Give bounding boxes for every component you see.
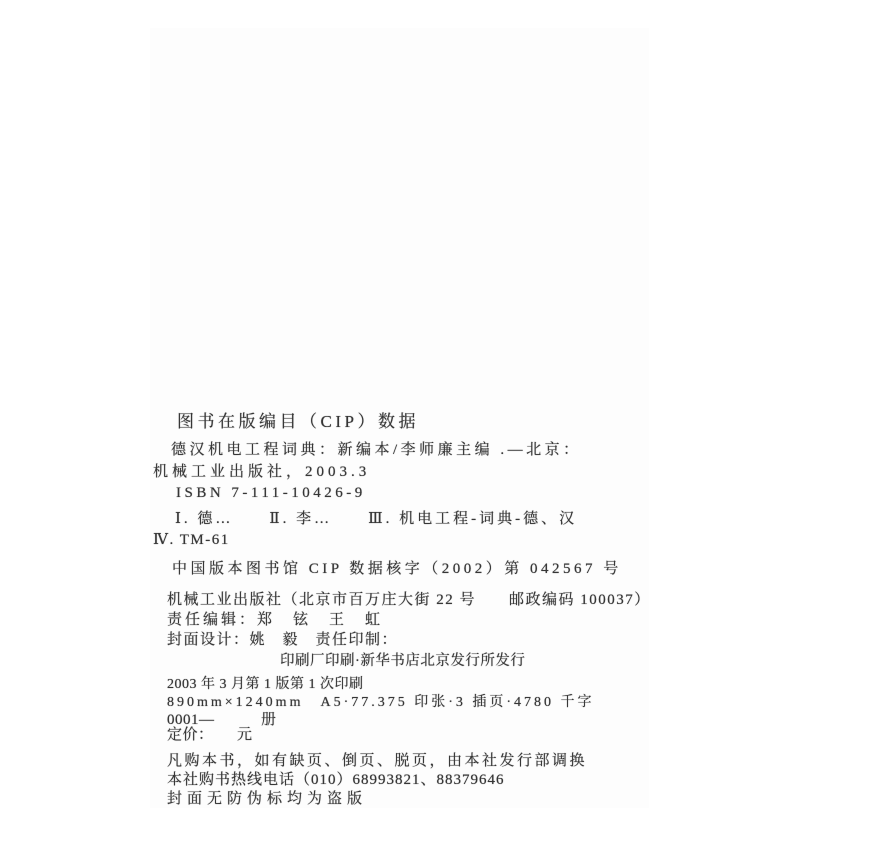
publisher-address-line: 机械工业出版社（北京市百万庄大街 22 号 邮政编码 100037） [167, 592, 651, 609]
cip-record-number-line: 中国版本图书馆 CIP 数据核字（2002）第 042567 号 [172, 561, 622, 578]
cip-heading: 图书在版编目（CIP）数据 [177, 412, 419, 432]
edition-line: 2003 年 3 月第 1 版第 1 次印刷 [167, 677, 364, 693]
cip-isbn-line: ISBN 7-111-10426-9 [176, 485, 366, 502]
responsible-editors-line: 责任编辑：郑 铉 王 虹 [167, 612, 383, 629]
page-exchange-notice-line: 凡购本书，如有缺页、倒页、脱页，由本社发行部调换 [167, 753, 587, 770]
price-line: 定价： 元 [167, 727, 253, 744]
cover-design-line: 封面设计：姚 毅 责任印制： [167, 632, 398, 649]
cip-title-line: 德汉机电工程词典：新编本/李师廉主编 .—北京： [171, 442, 582, 459]
cip-publisher-line: 机械工业出版社，2003.3 [153, 464, 370, 481]
anti-piracy-notice-line: 封面无防伪标均为盗版 [167, 791, 367, 808]
purchase-hotline-line: 本社购书热线电话（010）68993821、88379646 [167, 772, 505, 789]
cip-classification-line: Ⅰ. 德… Ⅱ. 李… Ⅲ. 机电工程-词典-德、汉 [175, 511, 577, 528]
printing-distribution-line: 印刷厂印刷·新华书店北京发行所发行 [280, 653, 525, 670]
format-sheets-line: 890mm×1240mm A5·77.375 印张·3 插页·4780 千字 [167, 695, 595, 711]
cip-class-code-line: Ⅳ. TM-61 [153, 532, 230, 549]
scanned-book-copyright-page: 图书在版编目（CIP）数据 德汉机电工程词典：新编本/李师廉主编 .—北京： 机… [0, 0, 870, 842]
